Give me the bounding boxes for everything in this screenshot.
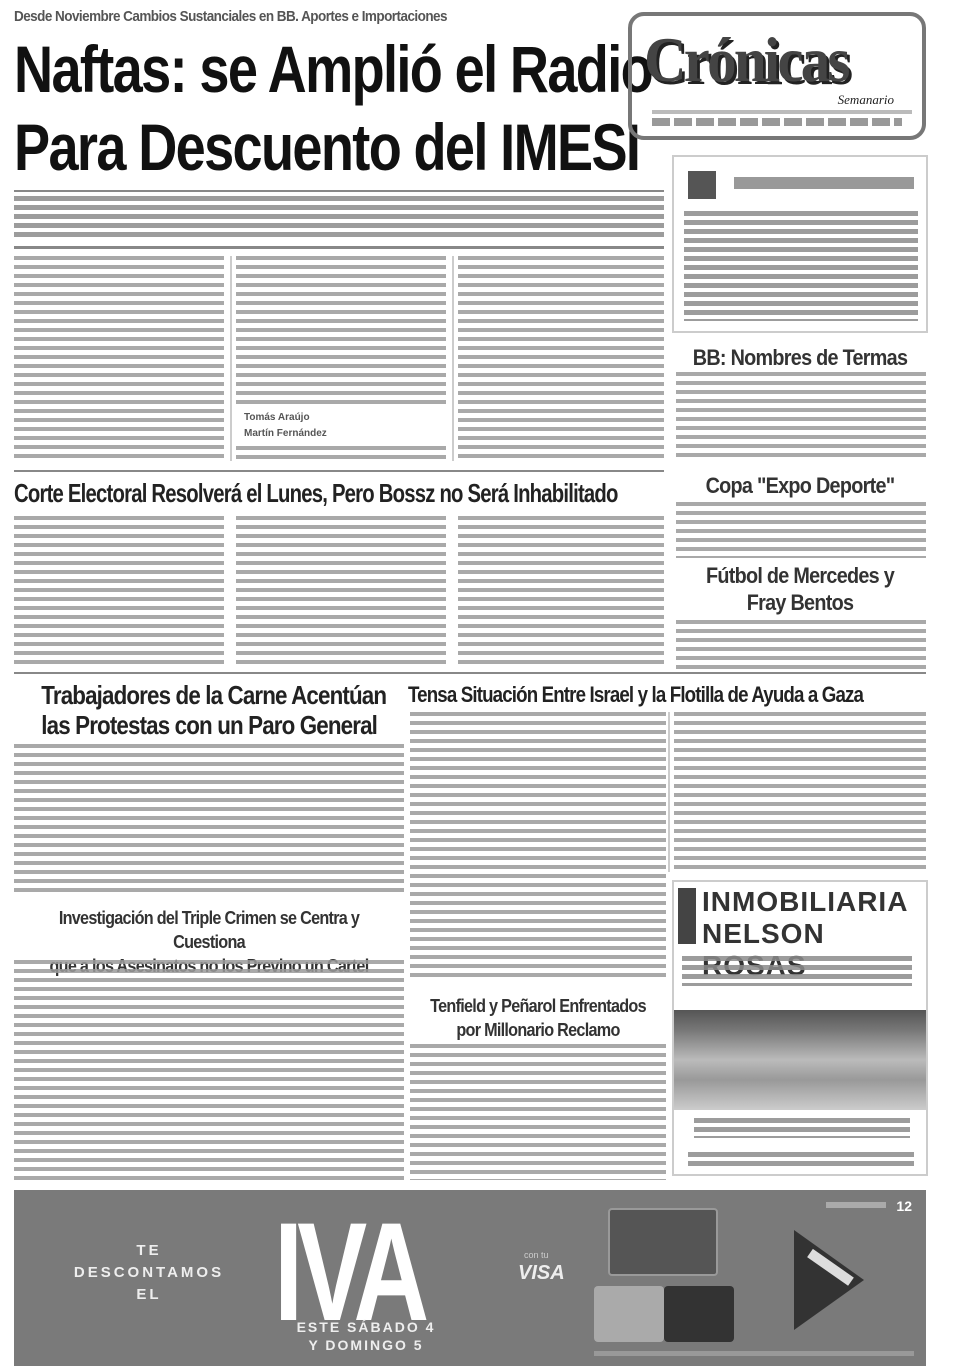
lead-column-1 xyxy=(14,256,224,461)
iva-dates: ESTE SÁBADO 4 Y DOMINGO 5 xyxy=(276,1318,456,1354)
ad-body-text xyxy=(684,211,918,321)
electoral-headline: Corte Electoral Resolverá el Lunes, Pero… xyxy=(14,478,521,508)
iva-left-text: TE DESCONTAMOS EL xyxy=(54,1240,244,1306)
credit-card-icon xyxy=(594,1286,664,1342)
byline-2: Martín Fernández xyxy=(244,428,327,439)
sidebar-article-1-body xyxy=(676,372,926,462)
electoral-column-3 xyxy=(458,516,664,666)
credit-card-icon xyxy=(664,1286,734,1342)
lead-column-2 xyxy=(236,256,446,406)
sidebar-article-3-headline: Fútbol de Mercedes y Fray Bentos xyxy=(701,562,899,616)
page-number: 12 xyxy=(896,1198,912,1214)
column-divider xyxy=(668,712,670,872)
crimen-headline-line-1: Investigación del Triple Crimen se Centr… xyxy=(34,906,385,954)
lead-column-2-tail xyxy=(236,446,446,464)
ad-caption xyxy=(694,1118,910,1138)
iva-left-line-3: EL xyxy=(54,1284,244,1306)
ad-logo-icon xyxy=(688,171,716,199)
football-headline: Tenfield y Peñarol Enfrentados por Millo… xyxy=(423,994,653,1042)
logo-tagline: Semanario xyxy=(838,92,894,108)
ad-brand xyxy=(734,177,914,189)
ad-subtitle xyxy=(682,956,912,986)
logo-date-line xyxy=(652,118,902,126)
lead-column-3 xyxy=(458,256,664,461)
electoral-column-2 xyxy=(236,516,446,666)
logo-issue-line xyxy=(652,110,912,114)
carne-headline-line-2: las Protestas con un Paro General xyxy=(41,710,376,740)
iva-banner-ad[interactable]: TE DESCONTAMOS EL IVA ESTE SÁBADO 4 Y DO… xyxy=(14,1190,926,1366)
gaza-column-2 xyxy=(674,712,926,872)
gaza-column-1 xyxy=(410,712,666,982)
iva-left-line-2: DESCONTAMOS xyxy=(54,1262,244,1284)
column-divider xyxy=(452,256,454,461)
logo-title: Crónicas xyxy=(644,28,848,92)
sidebar-article-2-body xyxy=(676,502,926,558)
sidebar-article-3-body xyxy=(676,620,926,670)
credit-card-icon xyxy=(608,1208,718,1276)
iva-date-line-1: ESTE SÁBADO 4 xyxy=(276,1318,456,1336)
main-headline-line-1: Naftas: se Amplió el Radio xyxy=(14,30,514,108)
gaza-headline: Tensa Situación Entre Israel y la Flotil… xyxy=(408,680,850,710)
carne-body xyxy=(14,744,404,894)
divider xyxy=(14,190,664,192)
football-body xyxy=(410,1044,666,1180)
main-headline-line-2: Para Descuento del IMESI xyxy=(14,108,514,186)
carne-headline-line-1: Trabajadores de la Carne Acentúan xyxy=(41,680,376,710)
ad-legal-text xyxy=(594,1351,914,1356)
real-estate-ad[interactable]: INMOBILIARIA NELSON ROSAS xyxy=(672,880,928,1176)
divider xyxy=(14,246,664,249)
headline-kicker: Desde Noviembre Cambios Sustanciales en … xyxy=(14,8,554,28)
visa-pre-label: con tu xyxy=(524,1250,549,1260)
sidebar-ad[interactable] xyxy=(672,155,928,333)
visa-logo: VISA xyxy=(518,1262,565,1285)
crimen-body xyxy=(14,960,404,1180)
iva-left-line-1: TE xyxy=(54,1240,244,1262)
carne-headline: Trabajadores de la Carne Acentúan las Pr… xyxy=(41,680,376,740)
page-label xyxy=(826,1202,886,1208)
lead-summary xyxy=(14,196,664,240)
sidebar-article-1-headline: BB: Nombres de Termas xyxy=(685,344,915,371)
newspaper-logo: Crónicas Semanario xyxy=(628,12,926,140)
electoral-column-1 xyxy=(14,516,224,666)
football-headline-line-2: por Millonario Reclamo xyxy=(423,1018,653,1042)
byline-1: Tomás Araújo xyxy=(244,412,310,423)
divider xyxy=(14,470,664,472)
iva-date-line-2: Y DOMINGO 5 xyxy=(276,1336,456,1354)
ad-contact xyxy=(688,1152,914,1170)
main-headline: Naftas: se Amplió el Radio Para Descuent… xyxy=(14,30,514,186)
column-divider xyxy=(230,256,232,461)
ad-photo xyxy=(674,1010,926,1110)
ad-title-1: INMOBILIARIA xyxy=(702,886,908,918)
sidebar-article-2-headline: Copa "Expo Deporte" xyxy=(685,472,915,499)
football-headline-line-1: Tenfield y Peñarol Enfrentados xyxy=(423,994,653,1018)
ad-logo-icon xyxy=(678,888,696,944)
bank-logo-icon xyxy=(794,1230,864,1330)
divider xyxy=(14,672,926,674)
